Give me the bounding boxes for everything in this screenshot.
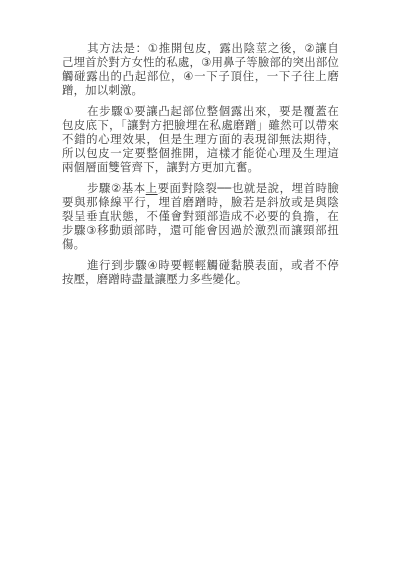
underlined-text: 上 — [146, 181, 158, 195]
paragraph-step-2-explanation: 步驟②基本上要面對陰裂──也就是說，埋首時臉要與那條線平行，埋首磨蹭時，臉若是斜… — [62, 181, 339, 251]
document-body: 其方法是：①推開包皮，露出陰莖之後，②讓自己埋首於對方女性的私處，③用鼻子等臉部… — [62, 41, 339, 293]
document-page: 其方法是：①推開包皮，露出陰莖之後，②讓自己埋首於對方女性的私處，③用鼻子等臉部… — [0, 0, 400, 566]
paragraph-method-steps: 其方法是：①推開包皮，露出陰莖之後，②讓自己埋首於對方女性的私處，③用鼻子等臉部… — [62, 41, 339, 97]
paragraph-step-1-explanation: 在步驟①要讓凸起部位整個露出來，要是覆蓋在包皮底下，「讓對方把臉埋在私處磨蹭」雖… — [62, 104, 339, 174]
paragraph-step-2-text-before: 步驟②基本 — [87, 181, 146, 195]
paragraph-step-4-explanation: 進行到步驟④時要輕輕觸碰黏膜表面，或者不停按壓，磨蹭時盡量讓壓力多些變化。 — [62, 258, 339, 286]
